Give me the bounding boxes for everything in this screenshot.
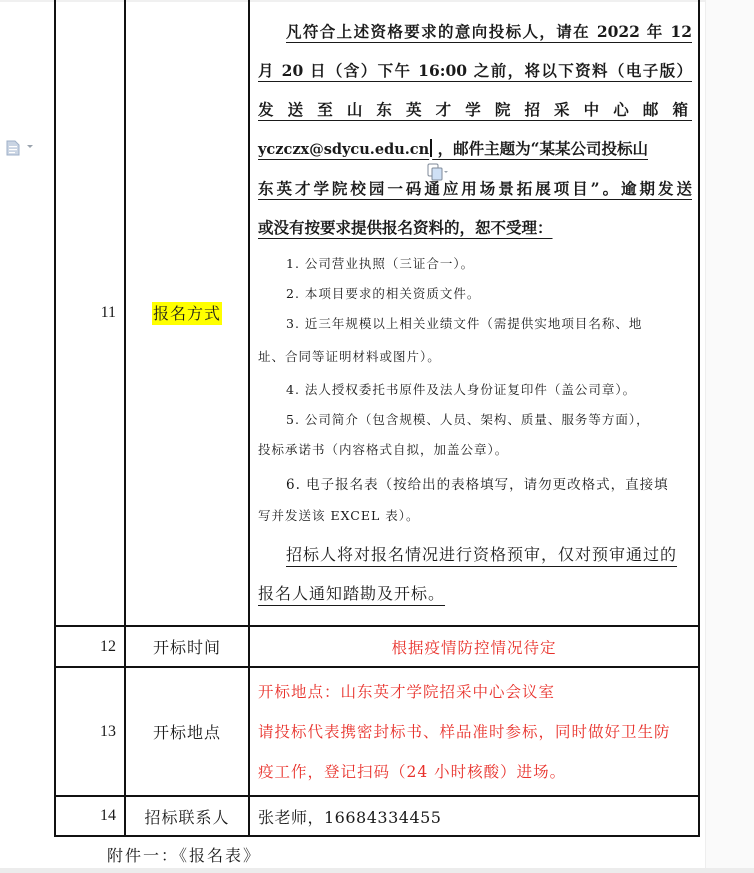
- row-label: 开标时间: [125, 626, 249, 667]
- intro-line: 东英才学院校园一码通应用场景拓展项目”。逾期发送: [258, 169, 692, 208]
- bid-info-table: 11 报名方式 凡符合上述资格要求的意向投标人，请在 2022 年 12 月 2…: [54, 0, 700, 837]
- intro-line: 或没有按要求提供报名资料的，恕不受理：: [258, 208, 692, 247]
- paste-options-icon[interactable]: [427, 163, 449, 181]
- intro-line: 月 20 日（含）下午 16:00 之前，将以下资料（电子版）: [258, 51, 692, 90]
- list-item-continued: 址、合同等证明材料或图片）。: [258, 339, 692, 375]
- page-bottom-gap: [0, 868, 754, 873]
- row-number: 11: [55, 0, 125, 626]
- list-item: 2. 本项目要求的相关资质文件。: [258, 279, 692, 309]
- table-row: 14 招标联系人 张老师，16684334455: [55, 796, 699, 836]
- intro-line: 发 送 至 山 东 英 才 学 院 招 采 中 心 邮 箱: [258, 90, 692, 129]
- closing-line: 招标人将对报名情况进行资格预审，仅对预审通过的: [258, 535, 692, 574]
- intro-line-email: yczczx@sdycu.edu.cn ，邮件主题为“某某公司投标山: [258, 129, 692, 169]
- row-number: 13: [55, 667, 125, 796]
- list-item-continued: 投标承诺书（内容格式自拟，加盖公章）。: [258, 435, 692, 465]
- table-row: 13 开标地点 开标地点：山东英才学院招采中心会议室 请投标代表携密封标书、样品…: [55, 667, 699, 796]
- list-item: 4. 法人授权委托书原件及法人身份证复印件（盖公司章）。: [258, 375, 692, 405]
- contact-value: 张老师，16684334455: [249, 796, 699, 836]
- row-label-highlighted: 报名方式: [152, 302, 222, 325]
- list-item-continued: 写并发送该 EXCEL 表）。: [258, 501, 692, 531]
- intro-line: 凡符合上述资格要求的意向投标人，请在 2022 年 12: [258, 12, 692, 51]
- location-line: 请投标代表携密封标书、样品准时参标，同时做好卫生防: [258, 712, 692, 752]
- row-label: 招标联系人: [125, 796, 249, 836]
- location-line: 开标地点：山东英才学院招采中心会议室: [258, 672, 692, 712]
- list-item: 3. 近三年规模以上相关业绩文件（需提供实地项目名称、地: [258, 309, 692, 339]
- page-right-margin: [705, 0, 754, 873]
- row-number: 14: [55, 796, 125, 836]
- closing-line: 报名人通知踏勘及开标。: [258, 574, 692, 613]
- table-row: 12 开标时间 根据疫情防控情况待定: [55, 626, 699, 667]
- email-link[interactable]: yczczx@sdycu.edu.cn: [258, 141, 429, 158]
- opening-time-value: 根据疫情防控情况待定: [249, 626, 699, 667]
- registration-method-content[interactable]: 凡符合上述资格要求的意向投标人，请在 2022 年 12 月 20 日（含）下午…: [249, 0, 699, 626]
- list-item: 1. 公司营业执照（三证合一）。: [258, 249, 692, 279]
- row-label: 开标地点: [125, 667, 249, 796]
- row-number: 12: [55, 626, 125, 667]
- table-row: 11 报名方式 凡符合上述资格要求的意向投标人，请在 2022 年 12 月 2…: [55, 0, 699, 626]
- opening-location-value: 开标地点：山东英才学院招采中心会议室 请投标代表携密封标书、样品准时参标，同时做…: [249, 667, 699, 796]
- chevron-down-icon[interactable]: [27, 145, 33, 148]
- location-line: 疫工作，登记扫码（24 小时核酸）进场。: [258, 752, 692, 792]
- document-layout-icon[interactable]: [6, 140, 20, 156]
- list-item: 6. 电子报名表（按给出的表格填写，请勿更改格式，直接填: [258, 469, 692, 501]
- row-label-cell: 报名方式: [125, 0, 249, 626]
- intro-text: ，邮件主题为“某某公司投标山: [432, 139, 648, 158]
- list-item: 5. 公司简介（包含规模、人员、架构、质量、服务等方面），: [258, 405, 692, 435]
- attachment-note: 附件一：《报名表》: [107, 843, 261, 866]
